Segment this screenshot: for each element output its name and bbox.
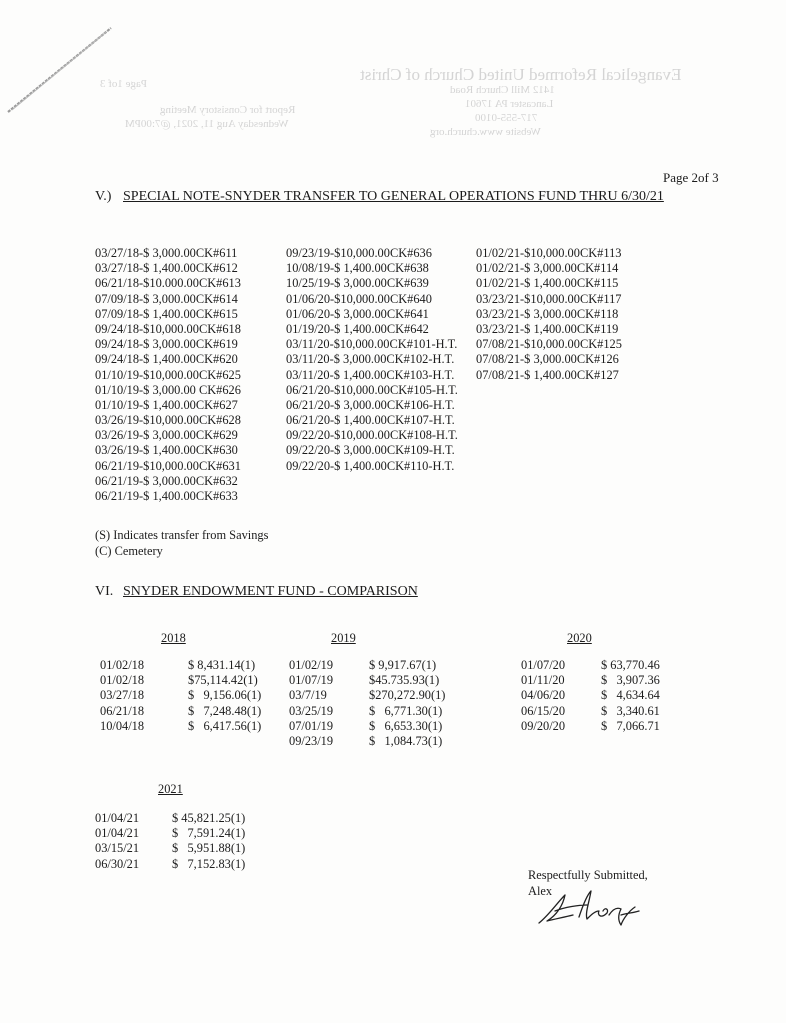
entry-date: 09/23/19 xyxy=(289,734,333,749)
transfer-entry: 09/24/18-$ 3,000.00CK#619 xyxy=(95,337,241,352)
transfer-entry: 06/21/19-$ 1,400.00CK#633 xyxy=(95,489,241,504)
legend-savings: (S) Indicates transfer from Savings xyxy=(95,527,268,543)
transfer-entry: 01/02/21-$10,000.00CK#113 xyxy=(476,246,622,261)
entry-date: 01/07/20 xyxy=(521,658,565,673)
transfers-column-1: 03/27/18-$ 3,000.00CK#61103/27/18-$ 1,40… xyxy=(95,246,241,504)
transfer-entry: 07/08/21-$10,000.00CK#125 xyxy=(476,337,622,352)
transfer-entry: 03/26/19-$ 1,400.00CK#630 xyxy=(95,443,241,458)
transfer-entry: 03/26/19-$10,000.00CK#628 xyxy=(95,413,241,428)
entry-amount: $ 7,066.71 xyxy=(601,719,660,734)
endowment-table-2021: 01/04/21$ 45,821.25(1)01/04/21$ 7,591.24… xyxy=(95,811,275,872)
entry-amount: $ 1,084.73(1) xyxy=(369,734,442,749)
entry-amount: $45.735.93(1) xyxy=(369,673,439,688)
transfer-entry: 09/22/20-$ 1,400.00CK#110-H.T. xyxy=(286,459,458,474)
entry-date: 01/02/19 xyxy=(289,658,333,673)
endowment-table-2020: 01/07/20$ 63,770.4601/11/20$ 3,907.3604/… xyxy=(521,658,701,734)
transfer-entry: 07/09/18-$ 3,000.00CK#614 xyxy=(95,292,241,307)
transfer-entry: 01/10/19-$10,000.00CK#625 xyxy=(95,368,241,383)
entry-amount: $ 6,653.30(1) xyxy=(369,719,442,734)
endowment-row: 03/27/18$ 9,156.06(1) xyxy=(100,688,270,703)
transfer-entry: 09/23/19-$10,000.00CK#636 xyxy=(286,246,458,261)
bleed-through-text: Wednesday Aug 11, 2021, @7:00PM xyxy=(125,118,288,130)
transfer-entry: 06/21/18-$10.000.00CK#613 xyxy=(95,276,241,291)
entry-date: 09/20/20 xyxy=(521,719,565,734)
entry-amount: $ 5,951.88(1) xyxy=(172,841,245,856)
endowment-row: 06/21/18$ 7,248.48(1) xyxy=(100,704,270,719)
transfer-entry: 09/22/20-$ 3,000.00CK#109-H.T. xyxy=(286,443,458,458)
bleed-through-text: 717-555-0100 xyxy=(475,112,537,124)
section-number: V.) xyxy=(95,189,123,205)
transfer-entry: 09/24/18-$ 1,400.00CK#620 xyxy=(95,352,241,367)
transfers-column-3: 01/02/21-$10,000.00CK#11301/02/21-$ 3,00… xyxy=(476,246,622,383)
transfer-entry: 07/08/21-$ 3,000.00CK#126 xyxy=(476,352,622,367)
entry-amount: $ 9,917.67(1) xyxy=(369,658,436,673)
transfer-entry: 06/21/19-$10,000.00CK#631 xyxy=(95,459,241,474)
section-v-heading: V.)SPECIAL NOTE-SNYDER TRANSFER TO GENER… xyxy=(95,189,664,205)
endowment-row: 03/25/19$ 6,771.30(1) xyxy=(289,704,479,719)
transfer-entry: 03/26/19-$ 3,000.00CK#629 xyxy=(95,428,241,443)
entry-amount: $ 4,634.64 xyxy=(601,688,660,703)
entry-amount: $75,114.42(1) xyxy=(188,673,258,688)
transfer-entry: 07/09/18-$ 1,400.00CK#615 xyxy=(95,307,241,322)
year-header-2019: 2019 xyxy=(331,631,356,646)
endowment-row: 10/04/18$ 6,417.56(1) xyxy=(100,719,270,734)
entry-date: 06/15/20 xyxy=(521,704,565,719)
bleed-through-text: Page 1of 3 xyxy=(100,78,147,90)
entry-amount: $ 8,431.14(1) xyxy=(188,658,255,673)
transfer-entry: 03/11/20-$ 3,000.00CK#102-H.T. xyxy=(286,352,458,367)
entry-amount: $ 6,771.30(1) xyxy=(369,704,442,719)
endowment-row: 01/07/19$45.735.93(1) xyxy=(289,673,479,688)
entry-amount: $ 9,156.06(1) xyxy=(188,688,261,703)
bleed-through-text: Lancaster PA 17601 xyxy=(465,98,553,110)
transfer-entry: 09/22/20-$10,000.00CK#108-H.T. xyxy=(286,428,458,443)
entry-amount: $ 6,417.56(1) xyxy=(188,719,261,734)
transfer-entry: 01/06/20-$10,000.00CK#640 xyxy=(286,292,458,307)
year-header-2020: 2020 xyxy=(567,631,592,646)
page-number: Page 2of 3 xyxy=(663,170,719,186)
endowment-row: 01/11/20$ 3,907.36 xyxy=(521,673,701,688)
entry-amount: $ 3,340.61 xyxy=(601,704,660,719)
section-title: SPECIAL NOTE-SNYDER TRANSFER TO GENERAL … xyxy=(123,189,664,204)
endowment-row: 01/02/18$75,114.42(1) xyxy=(100,673,270,688)
transfer-entry: 01/02/21-$ 3,000.00CK#114 xyxy=(476,261,622,276)
entry-amount: $ 3,907.36 xyxy=(601,673,660,688)
section-title: SNYDER ENDOWMENT FUND - COMPARISON xyxy=(123,584,418,599)
closing-line: Respectfully Submitted, xyxy=(528,868,648,884)
endowment-row: 03/7/19$270,272.90(1) xyxy=(289,688,479,703)
endowment-row: 01/04/21$ 45,821.25(1) xyxy=(95,811,275,826)
endowment-row: 01/02/19$ 9,917.67(1) xyxy=(289,658,479,673)
entry-date: 06/21/18 xyxy=(100,704,144,719)
entry-date: 01/11/20 xyxy=(521,673,565,688)
endowment-row: 01/04/21$ 7,591.24(1) xyxy=(95,826,275,841)
endowment-row: 04/06/20$ 4,634.64 xyxy=(521,688,701,703)
section-number: VI. xyxy=(95,584,123,600)
endowment-row: 06/15/20$ 3,340.61 xyxy=(521,704,701,719)
year-header-2021: 2021 xyxy=(158,782,183,797)
transfer-entry: 07/08/21-$ 1,400.00CK#127 xyxy=(476,368,622,383)
endowment-table-2018: 01/02/18$ 8,431.14(1)01/02/18$75,114.42(… xyxy=(100,658,270,734)
transfers-column-2: 09/23/19-$10,000.00CK#63610/08/19-$ 1,40… xyxy=(286,246,458,474)
transfer-entry: 03/23/21-$ 3,000.00CK#118 xyxy=(476,307,622,322)
transfer-entry: 01/02/21-$ 1,400.00CK#115 xyxy=(476,276,622,291)
transfer-entry: 03/27/18-$ 1,400.00CK#612 xyxy=(95,261,241,276)
transfer-legend: (S) Indicates transfer from Savings (C) … xyxy=(95,527,268,559)
entry-date: 06/30/21 xyxy=(95,857,139,872)
endowment-row: 09/20/20$ 7,066.71 xyxy=(521,719,701,734)
bleed-through-text: 1412 Mill Church Road xyxy=(450,84,555,96)
entry-date: 01/02/18 xyxy=(100,658,144,673)
transfer-entry: 03/23/21-$ 1,400.00CK#119 xyxy=(476,322,622,337)
transfer-entry: 10/25/19-$ 3,000.00CK#639 xyxy=(286,276,458,291)
endowment-table-2019: 01/02/19$ 9,917.67(1)01/07/19$45.735.93(… xyxy=(289,658,479,749)
entry-amount: $ 45,821.25(1) xyxy=(172,811,245,826)
endowment-row: 07/01/19$ 6,653.30(1) xyxy=(289,719,479,734)
endowment-row: 06/30/21$ 7,152.83(1) xyxy=(95,857,275,872)
entry-date: 03/27/18 xyxy=(100,688,144,703)
entry-date: 03/25/19 xyxy=(289,704,333,719)
entry-amount: $ 7,591.24(1) xyxy=(172,826,245,841)
entry-amount: $270,272.90(1) xyxy=(369,688,445,703)
transfer-entry: 03/11/20-$10,000.00CK#101-H.T. xyxy=(286,337,458,352)
entry-date: 01/02/18 xyxy=(100,673,144,688)
transfer-entry: 10/08/19-$ 1,400.00CK#638 xyxy=(286,261,458,276)
entry-amount: $ 7,248.48(1) xyxy=(188,704,261,719)
entry-date: 07/01/19 xyxy=(289,719,333,734)
transfer-entry: 09/24/18-$10,000.00CK#618 xyxy=(95,322,241,337)
transfer-entry: 01/19/20-$ 1,400.00CK#642 xyxy=(286,322,458,337)
entry-date: 10/04/18 xyxy=(100,719,144,734)
transfer-entry: 03/23/21-$10,000.00CK#117 xyxy=(476,292,622,307)
transfer-entry: 03/11/20-$ 1,400.00CK#103-H.T. xyxy=(286,368,458,383)
bleed-through-text: ​Evangelical Reformed United Church of C… xyxy=(360,65,682,85)
endowment-row: 09/23/19$ 1,084.73(1) xyxy=(289,734,479,749)
endowment-row: 01/02/18$ 8,431.14(1) xyxy=(100,658,270,673)
endowment-row: 01/07/20$ 63,770.46 xyxy=(521,658,701,673)
entry-date: 01/07/19 xyxy=(289,673,333,688)
entry-date: 01/04/21 xyxy=(95,826,139,841)
legend-cemetery: (C) Cemetery xyxy=(95,543,268,559)
bleed-through-text: Website www.church.org xyxy=(430,126,541,138)
transfer-entry: 03/27/18-$ 3,000.00CK#611 xyxy=(95,246,241,261)
entry-amount: $ 63,770.46 xyxy=(601,658,660,673)
entry-date: 03/7/19 xyxy=(289,688,327,703)
transfer-entry: 01/10/19-$ 3,000.00 CK#626 xyxy=(95,383,241,398)
transfer-entry: 06/21/20-$ 3,000.00CK#106-H.T. xyxy=(286,398,458,413)
transfer-entry: 06/21/20-$10,000.00CK#105-H.T. xyxy=(286,383,458,398)
section-vi-heading: VI.SNYDER ENDOWMENT FUND - COMPARISON xyxy=(95,584,418,600)
year-header-2018: 2018 xyxy=(161,631,186,646)
transfer-entry: 01/10/19-$ 1,400.00CK#627 xyxy=(95,398,241,413)
transfer-entry: 06/21/20-$ 1,400.00CK#107-H.T. xyxy=(286,413,458,428)
pen-stroke-mark xyxy=(6,20,116,120)
entry-date: 01/04/21 xyxy=(95,811,139,826)
endowment-row: 03/15/21$ 5,951.88(1) xyxy=(95,841,275,856)
entry-date: 04/06/20 xyxy=(521,688,565,703)
transfer-entry: 06/21/19-$ 3,000.00CK#632 xyxy=(95,474,241,489)
bleed-through-text: Report for Consistory Meeting xyxy=(160,104,295,116)
entry-amount: $ 7,152.83(1) xyxy=(172,857,245,872)
transfer-entry: 01/06/20-$ 3,000.00CK#641 xyxy=(286,307,458,322)
handwritten-signature-icon xyxy=(535,885,645,930)
entry-date: 03/15/21 xyxy=(95,841,139,856)
